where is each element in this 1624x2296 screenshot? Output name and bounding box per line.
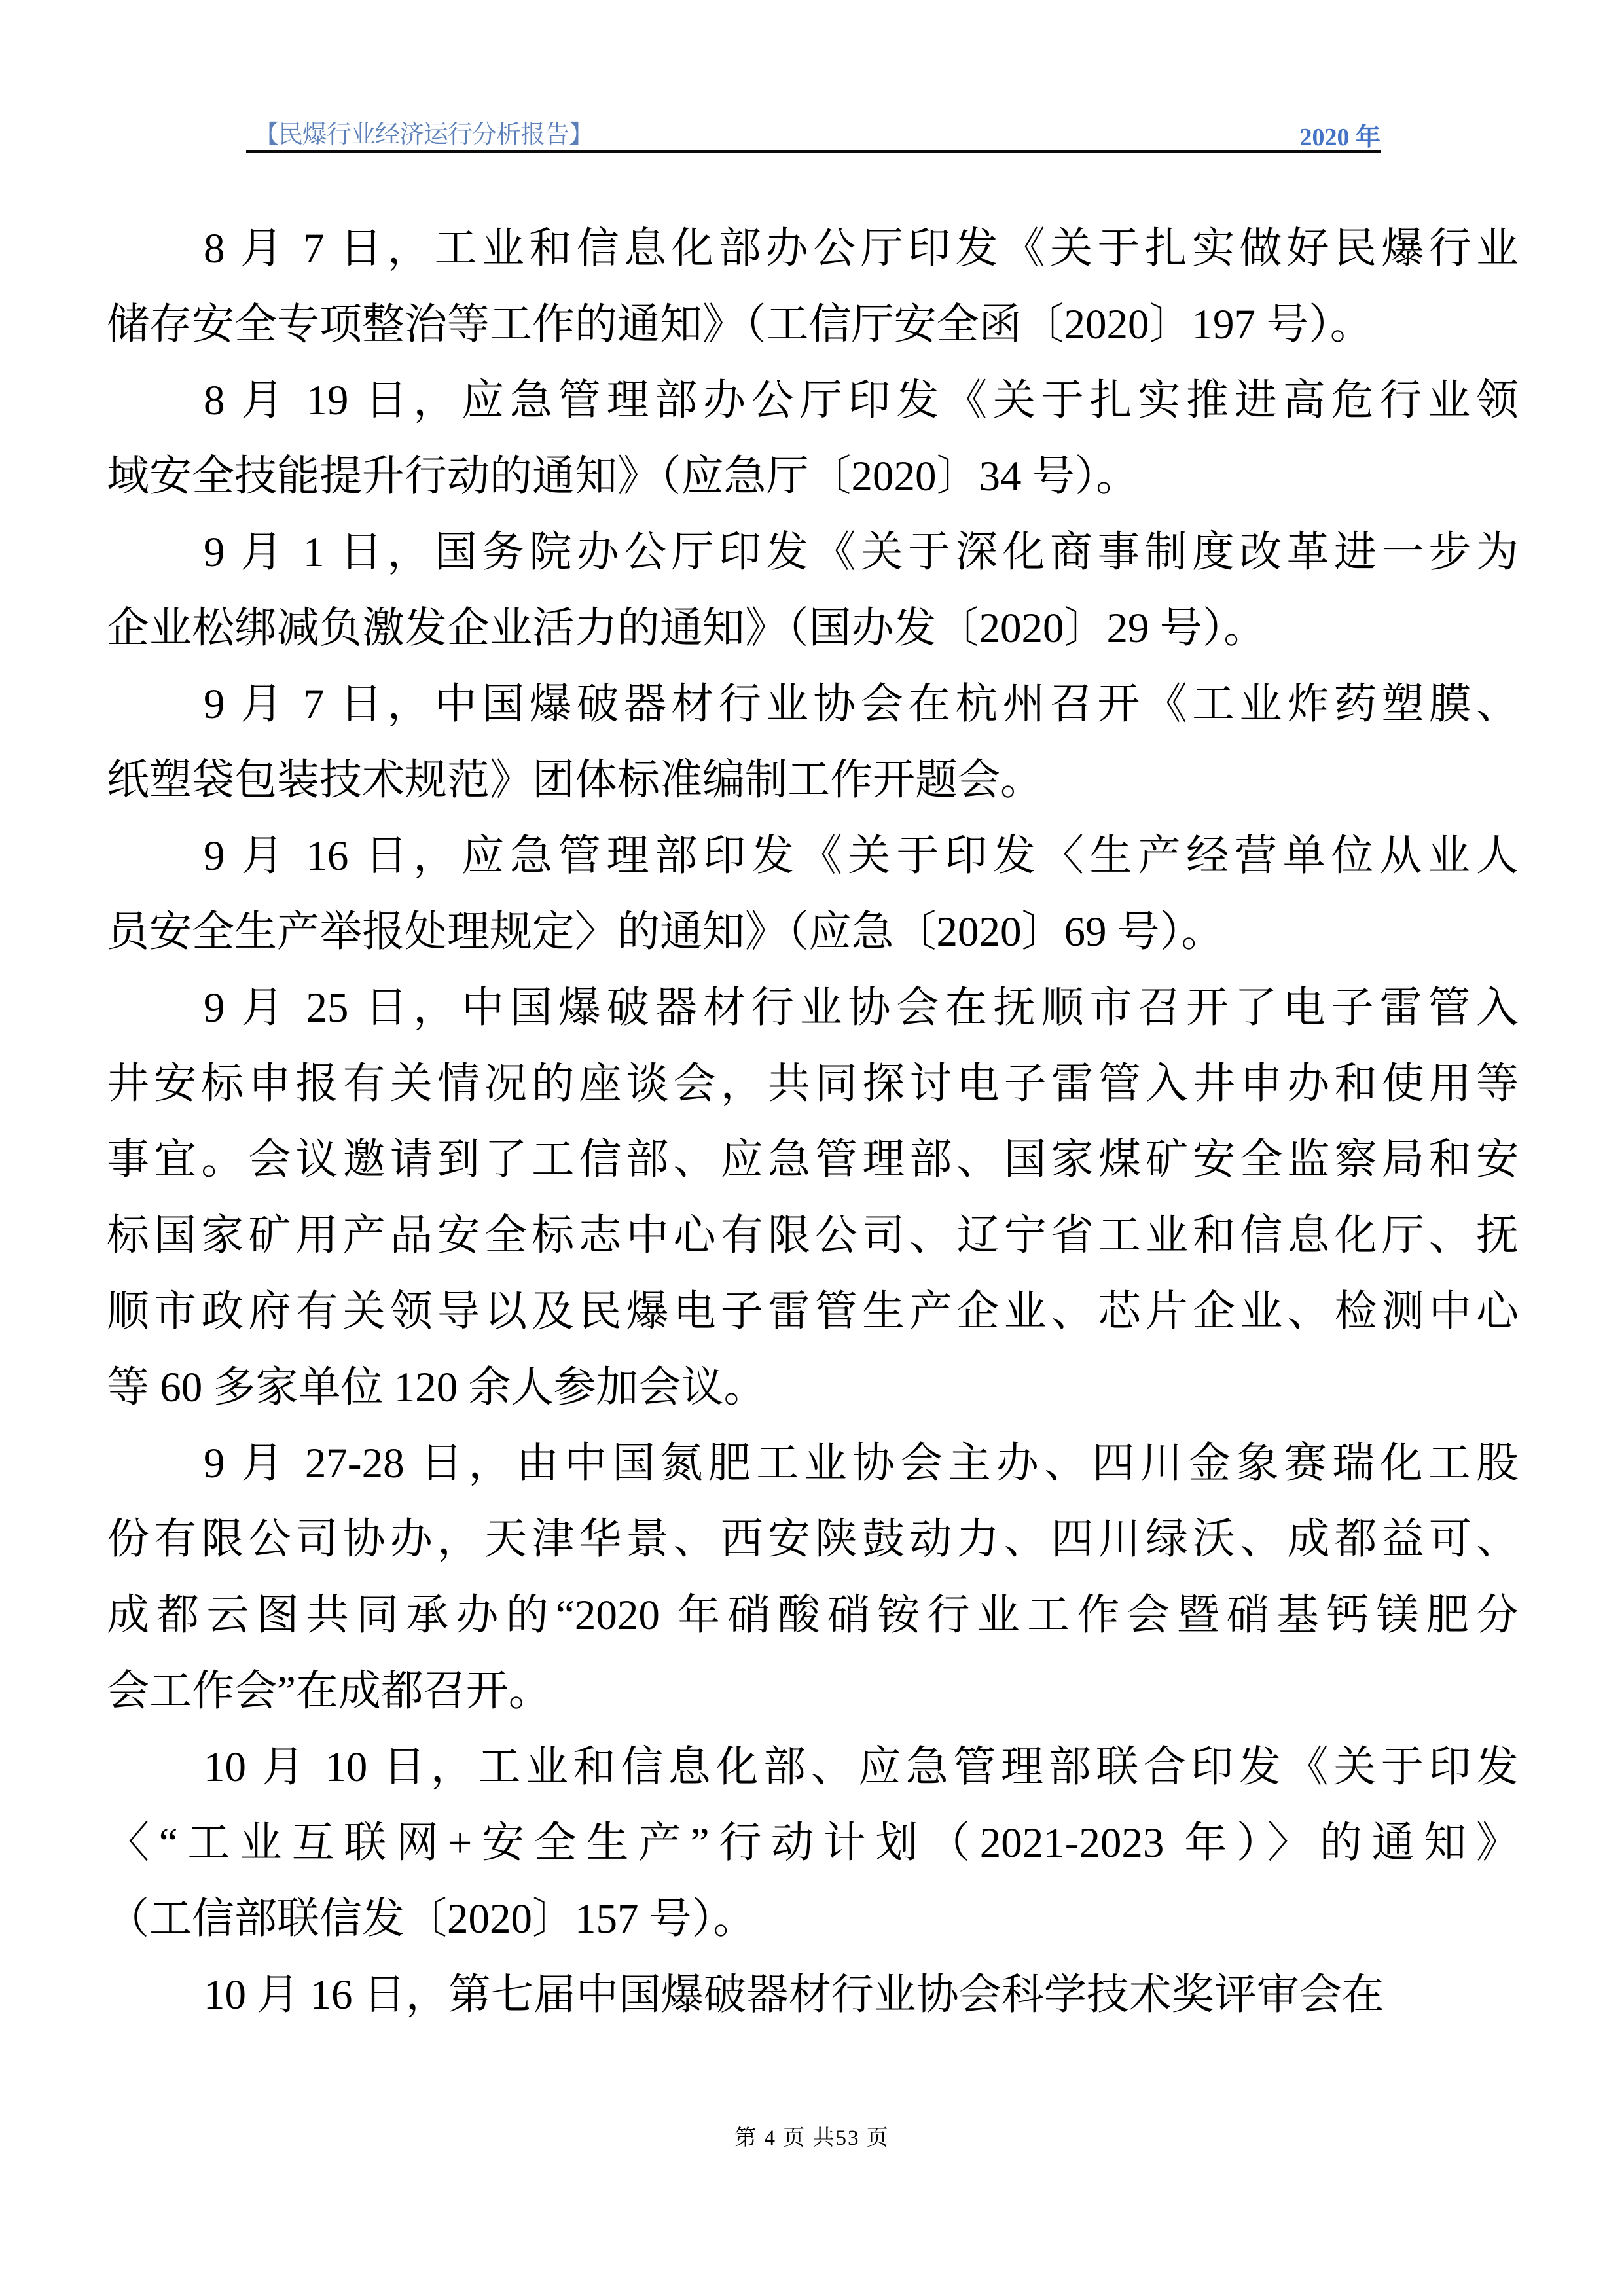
header-report-title: 【民爆行业经济运行分析报告】 xyxy=(254,114,593,150)
document-page: { "page": { "header": { "title": "【民爆行业经… xyxy=(0,0,1624,2296)
paragraph-line: 份有限公司协办，天津华景、西安陕鼓动力、四川绿沃、成都益可、 xyxy=(107,1501,1519,1577)
paragraph-line: 员安全生产举报处理规定〉的通知》（应急〔2020〕69 号）。 xyxy=(107,894,1519,970)
paragraph-line: 成都云图共同承办的“2020 年硝酸硝铵行业工作会暨硝基钙镁肥分 xyxy=(107,1577,1519,1653)
paragraph-line: 纸塑袋包装技术规范》团体标准编制工作开题会。 xyxy=(107,742,1519,818)
paragraph-line: 9 月 25 日，中国爆破器材行业协会在抚顺市召开了电子雷管入 xyxy=(107,970,1519,1046)
paragraph-line: 9 月 1 日，国务院办公厅印发《关于深化商事制度改革进一步为 xyxy=(107,514,1519,590)
paragraph-line: 顺市政府有关领导以及民爆电子雷管生产企业、芯片企业、检测中心 xyxy=(107,1274,1519,1350)
paragraph-line: 〈“工业互联网+安全生产”行动计划（2021-2023 年）〉的通知》 xyxy=(107,1805,1519,1881)
paragraph-line: 9 月 27-28 日，由中国氮肥工业协会主办、四川金象赛瑞化工股 xyxy=(107,1426,1519,1501)
paragraph-line: 事宜。会议邀请到了工信部、应急管理部、国家煤矿安全监察局和安 xyxy=(107,1122,1519,1198)
header-year: 2020 年 xyxy=(1299,117,1380,152)
paragraph-line: （工信部联信发〔2020〕157 号）。 xyxy=(107,1881,1519,1957)
paragraph-line: 10 月 16 日，第七届中国爆破器材行业协会科学技术奖评审会在 xyxy=(107,1957,1519,2033)
header-rule-divider xyxy=(246,150,1381,153)
paragraph-line: 等 60 多家单位 120 余人参加会议。 xyxy=(107,1350,1519,1426)
paragraph-line: 会工作会”在成都召开。 xyxy=(107,1653,1519,1729)
paragraph-line: 井安标申报有关情况的座谈会，共同探讨电子雷管入井申办和使用等 xyxy=(107,1046,1519,1122)
paragraph-line: 9 月 7 日，中国爆破器材行业协会在杭州召开《工业炸药塑膜、 xyxy=(107,666,1519,742)
paragraph-line: 标国家矿用产品安全标志中心有限公司、辽宁省工业和信息化厅、抚 xyxy=(107,1198,1519,1274)
footer-page-number: 第 4 页 共53 页 xyxy=(0,2121,1624,2151)
paragraph-line: 8 月 7 日，工业和信息化部办公厅印发《关于扎实做好民爆行业 xyxy=(107,211,1519,287)
paragraph-line: 8 月 19 日，应急管理部办公厅印发《关于扎实推进高危行业领 xyxy=(107,363,1519,439)
paragraph-line: 9 月 16 日，应急管理部印发《关于印发〈生产经营单位从业人 xyxy=(107,818,1519,894)
paragraph-line: 企业松绑减负激发企业活力的通知》（国办发〔2020〕29 号）。 xyxy=(107,590,1519,666)
paragraph-line: 域安全技能提升行动的通知》（应急厅〔2020〕34 号）。 xyxy=(107,439,1519,514)
paragraph-line: 储存安全专项整治等工作的通知》（工信厅安全函〔2020〕197 号）。 xyxy=(107,287,1519,363)
document-body: 8 月 7 日，工业和信息化部办公厅印发《关于扎实做好民爆行业储存安全专项整治等… xyxy=(107,211,1519,2033)
paragraph-line: 10 月 10 日，工业和信息化部、应急管理部联合印发《关于印发 xyxy=(107,1729,1519,1805)
